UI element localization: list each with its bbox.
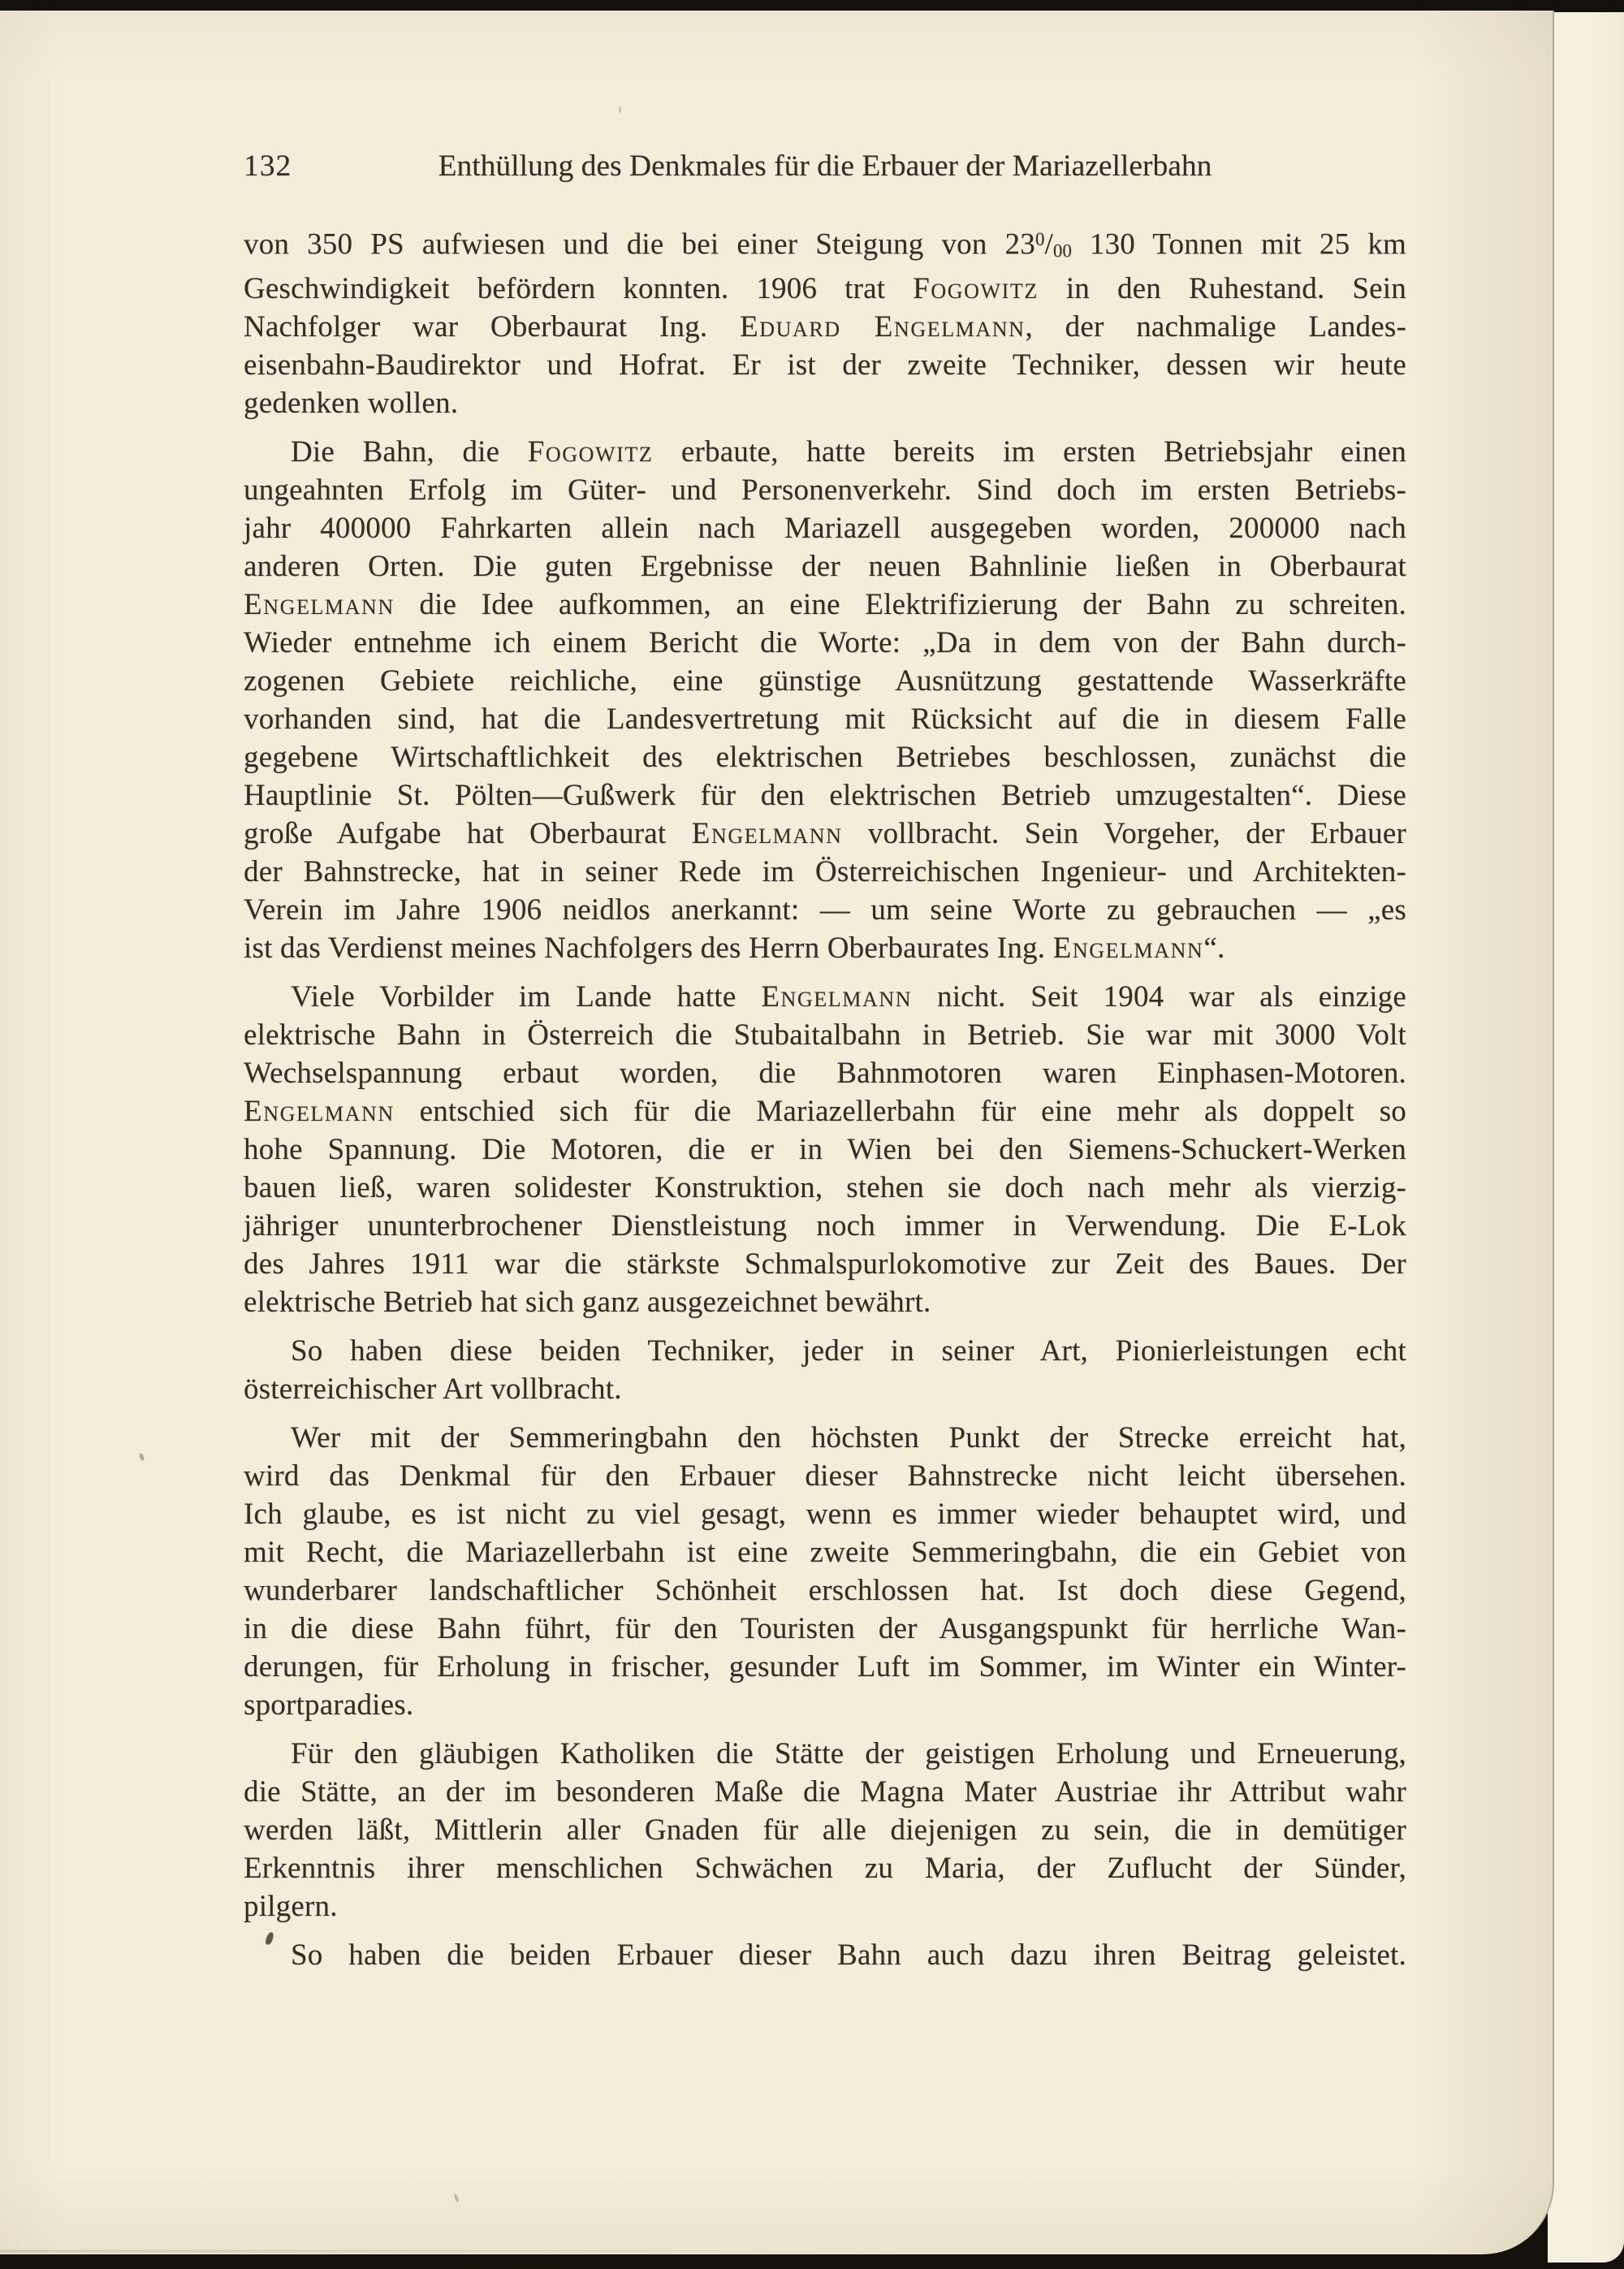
page-bottom-edge-highlight [0, 2250, 934, 2253]
text-line: Viele Vorbilder im Lande hatte Engelmann… [244, 978, 1406, 1016]
text-line: gegebene Wirtschaftlichkeit des elektris… [244, 738, 1406, 776]
text-run: Hauptlinie St. Pölten—Gußwerk für den el… [244, 779, 1406, 812]
text-run: Nachfolger war Oberbaurat Ing. [244, 310, 740, 344]
text-run: 00 [1053, 240, 1072, 261]
text-line: pilgern. [244, 1887, 1406, 1925]
text-run: ungeahnten Erfolg im Güter- und Personen… [244, 473, 1406, 507]
text-run: österreichischer Art vollbracht. [244, 1372, 622, 1406]
page-header: 132 Enthüllung des Denkmales für die Erb… [244, 149, 1406, 188]
text-run: 0 [1035, 229, 1044, 249]
text-run: werden läßt, Mittlerin aller Gnaden für … [244, 1813, 1406, 1847]
text-line: vorhanden sind, hat die Landesvertretung… [244, 700, 1406, 738]
small-caps-name: Engelmann [1053, 931, 1204, 965]
text-line: in die diese Bahn führt, für den Tourist… [244, 1610, 1406, 1648]
text-line: So haben die beiden Erbauer dieser Bahn … [244, 1936, 1406, 1974]
text-line: große Aufgabe hat Oberbaurat Engelmann v… [244, 815, 1406, 853]
text-run: der Bahnstrecke, hat in seiner Rede im Ö… [244, 855, 1406, 888]
text-run: Erkenntnis ihrer menschlichen Schwächen … [244, 1852, 1406, 1885]
text-run: zogenen Gebiete reichliche, eine günstig… [244, 664, 1406, 698]
text-run: derungen, für Erholung in frischer, gesu… [244, 1650, 1406, 1683]
text-run: sportparadies. [244, 1688, 413, 1722]
text-line: des Jahres 1911 war die stärkste Schmals… [244, 1245, 1406, 1283]
ink-speck [139, 1452, 145, 1461]
page-number: 132 [244, 149, 292, 184]
text-run: elektrische Bahn in Österreich die Stuba… [244, 1018, 1406, 1052]
paragraph: Für den gläubigen Katholiken die Stätte … [244, 1735, 1406, 1925]
paragraph: von 350 PS aufwiesen und die bei einer S… [244, 220, 1406, 422]
running-title: Enthüllung des Denkmales für die Erbauer… [244, 149, 1406, 184]
text-run: , der nachmalige Landes- [1026, 310, 1406, 344]
text-run: Ich glaube, es ist nicht zu viel gesagt,… [244, 1498, 1406, 1531]
text-run: Geschwindigkeit befördern konnten. 1906 … [244, 272, 913, 305]
text-line: jahr 400000 Fahrkarten allein nach Maria… [244, 509, 1406, 547]
text-run: 130 Tonnen mit 25 km [1072, 227, 1406, 261]
ink-speck [619, 106, 621, 113]
text-run: pilgern. [244, 1890, 338, 1923]
text-run: Für den gläubigen Katholiken die Stätte … [291, 1737, 1406, 1770]
paragraph: So haben die beiden Erbauer dieser Bahn … [244, 1936, 1406, 1974]
text-line: wird das Denkmal für den Erbauer dieser … [244, 1457, 1406, 1495]
body-text: von 350 PS aufwiesen und die bei einer S… [244, 220, 1406, 1974]
small-caps-name: Engelmann [244, 1095, 395, 1128]
paragraph: Wer mit der Semmeringbahn den höchsten P… [244, 1419, 1406, 1724]
text-run: Viele Vorbilder im Lande hatte [291, 980, 761, 1013]
text-run: Wer mit der Semmeringbahn den höchsten P… [291, 1421, 1406, 1454]
text-run: des Jahres 1911 war die stärkste Schmals… [244, 1247, 1406, 1281]
text-run: hohe Spannung. Die Motoren, die er in Wi… [244, 1133, 1406, 1166]
text-line: elektrische Bahn in Österreich die Stuba… [244, 1016, 1406, 1054]
text-line: eisenbahn-Baudirektor und Hofrat. Er ist… [244, 346, 1406, 384]
text-run: bauen ließ, waren solidester Konstruktio… [244, 1171, 1406, 1204]
text-run: eisenbahn-Baudirektor und Hofrat. Er ist… [244, 348, 1406, 382]
text-line: Nachfolger war Oberbaurat Ing. Eduard En… [244, 308, 1406, 346]
text-line: gedenken wollen. [244, 384, 1406, 422]
page-edge-sheet [1548, 12, 1624, 2263]
text-line: Die Bahn, die Fogowitz erbaute, hatte be… [244, 433, 1406, 471]
text-run: gedenken wollen. [244, 387, 458, 420]
text-run: / [1044, 227, 1052, 261]
text-run: wird das Denkmal für den Erbauer dieser … [244, 1459, 1406, 1493]
text-line: Engelmann entschied sich für die Mariaze… [244, 1092, 1406, 1130]
text-run: Wieder entnehme ich einem Bericht die Wo… [244, 626, 1406, 659]
text-line: hohe Spannung. Die Motoren, die er in Wi… [244, 1130, 1406, 1169]
text-line: wunderbarer landschaftlicher Schönheit e… [244, 1571, 1406, 1610]
text-line: die Stätte, an der im besonderen Maße di… [244, 1773, 1406, 1811]
small-caps-name: Eduard Engelmann [740, 310, 1026, 344]
text-run: in den Ruhestand. Sein [1039, 272, 1406, 305]
small-caps-name: Engelmann [692, 817, 843, 850]
text-run: Verein im Jahre 1906 neidlos anerkannt: … [244, 893, 1406, 927]
book-page-scan: 132 Enthüllung des Denkmales für die Erb… [0, 0, 1624, 2269]
text-run: in die diese Bahn führt, für den Tourist… [244, 1612, 1406, 1645]
text-run: wunderbarer landschaftlicher Schönheit e… [244, 1574, 1406, 1607]
text-run: anderen Orten. Die guten Ergebnisse der … [244, 550, 1406, 583]
text-line: Hauptlinie St. Pölten—Gußwerk für den el… [244, 776, 1406, 815]
text-line: Verein im Jahre 1906 neidlos anerkannt: … [244, 891, 1406, 929]
book-page: 132 Enthüllung des Denkmales für die Erb… [0, 11, 1554, 2254]
text-line: Engelmann die Idee aufkommen, an eine El… [244, 586, 1406, 624]
text-run: gegebene Wirtschaftlichkeit des elektris… [244, 741, 1406, 774]
paragraph: So haben diese beiden Techniker, jeder i… [244, 1332, 1406, 1408]
small-caps-name: Engelmann [244, 588, 395, 621]
text-run: vollbracht. Sein Vorgeher, der Erbauer [843, 817, 1406, 850]
text-run: ist das Verdienst meines Nachfolgers des… [244, 931, 1053, 965]
text-line: ist das Verdienst meines Nachfolgers des… [244, 929, 1406, 967]
text-run: entschied sich für die Mariazellerbahn f… [395, 1095, 1406, 1128]
text-line: ungeahnten Erfolg im Güter- und Personen… [244, 471, 1406, 509]
text-line: Wechselspannung erbaut worden, die Bahnm… [244, 1054, 1406, 1092]
paragraph: Die Bahn, die Fogowitz erbaute, hatte be… [244, 433, 1406, 967]
small-caps-name: Fogowitz [528, 435, 654, 469]
ink-speck [453, 2193, 460, 2203]
text-line: sportparadies. [244, 1686, 1406, 1724]
text-line: österreichischer Art vollbracht. [244, 1370, 1406, 1408]
text-run: nicht. Seit 1904 war als einzige [912, 980, 1406, 1013]
text-line: Für den gläubigen Katholiken die Stätte … [244, 1735, 1406, 1773]
text-line: Geschwindigkeit befördern konnten. 1906 … [244, 270, 1406, 308]
text-line: So haben diese beiden Techniker, jeder i… [244, 1332, 1406, 1370]
text-line: Ich glaube, es ist nicht zu viel gesagt,… [244, 1495, 1406, 1533]
small-caps-name: Engelmann [761, 980, 912, 1013]
text-line: derungen, für Erholung in frischer, gesu… [244, 1648, 1406, 1686]
text-line: elektrische Betrieb hat sich ganz ausgez… [244, 1283, 1406, 1321]
small-caps-name: Fogowitz [913, 272, 1039, 305]
text-run: elektrische Betrieb hat sich ganz ausgez… [244, 1286, 931, 1319]
paragraph: Viele Vorbilder im Lande hatte Engelmann… [244, 978, 1406, 1321]
text-run: “. [1203, 931, 1224, 965]
text-run: die Idee aufkommen, an eine Elektrifizie… [395, 588, 1406, 621]
text-run: Wechselspannung erbaut worden, die Bahnm… [244, 1057, 1406, 1090]
text-line: Wieder entnehme ich einem Bericht die Wo… [244, 624, 1406, 662]
text-run: So haben die beiden Erbauer dieser Bahn … [291, 1938, 1406, 1972]
text-line: bauen ließ, waren solidester Konstruktio… [244, 1169, 1406, 1207]
text-run: große Aufgabe hat Oberbaurat [244, 817, 692, 850]
text-run: Die Bahn, die [291, 435, 528, 469]
text-run: die Stätte, an der im besonderen Maße di… [244, 1775, 1406, 1809]
text-run: jähriger ununterbrochener Dienstleistung… [244, 1209, 1406, 1243]
text-line: von 350 PS aufwiesen und die bei einer S… [244, 220, 1406, 270]
text-run: mit Recht, die Mariazellerbahn ist eine … [244, 1536, 1406, 1569]
text-run: erbaute, hatte bereits im ersten Betrieb… [653, 435, 1406, 469]
text-line: der Bahnstrecke, hat in seiner Rede im Ö… [244, 853, 1406, 891]
text-line: zogenen Gebiete reichliche, eine günstig… [244, 662, 1406, 700]
text-line: jähriger ununterbrochener Dienstleistung… [244, 1207, 1406, 1245]
text-run: So haben diese beiden Techniker, jeder i… [291, 1334, 1406, 1368]
text-line: anderen Orten. Die guten Ergebnisse der … [244, 547, 1406, 586]
text-line: werden läßt, Mittlerin aller Gnaden für … [244, 1811, 1406, 1849]
text-line: Erkenntnis ihrer menschlichen Schwächen … [244, 1849, 1406, 1887]
text-line: mit Recht, die Mariazellerbahn ist eine … [244, 1533, 1406, 1571]
text-run: vorhanden sind, hat die Landesvertretung… [244, 702, 1406, 736]
text-run: jahr 400000 Fahrkarten allein nach Maria… [244, 512, 1406, 545]
text-line: Wer mit der Semmeringbahn den höchsten P… [244, 1419, 1406, 1457]
text-run: von 350 PS aufwiesen und die bei einer S… [244, 227, 1035, 261]
